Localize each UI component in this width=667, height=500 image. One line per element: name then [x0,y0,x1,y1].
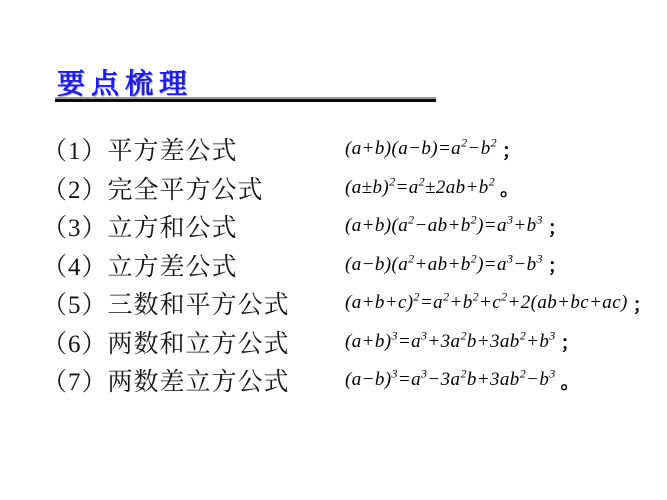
formula-row: （2）完全平方公式 (a±b)2=a2±2ab+b2 。 [42,169,661,208]
formula-punctuation: 。 [500,174,519,201]
page-title: 要点梳理 [57,62,193,102]
formula-punctuation: ； [633,290,652,317]
formula-math: (a−b)(a2+ab+b2)=a3−b3 [345,254,543,276]
formula-label: （7）两数差立方公式 [42,362,345,398]
formula-math: (a+b)3=a3+3a2b+3ab2+b3 [345,331,556,353]
title-underline [55,97,436,102]
formula-label: （1）平方差公式 [42,131,345,167]
formula-punctuation: ； [502,136,521,163]
formula-math: (a−b)3=a3−3a2b+3ab2−b3 [345,369,556,391]
formula-math: (a+b)(a−b)=a2−b2 [345,138,497,160]
formula-label: （2）完全平方公式 [42,170,345,206]
formula-punctuation: ； [548,251,567,278]
formula-row: （3）立方和公式 (a+b)(a2−ab+b2)=a3+b3 ； [42,207,661,246]
formula-row: （6）两数和立方公式 (a+b)3=a3+3a2b+3ab2+b3 ； [42,323,661,362]
title-underline-line [55,99,436,102]
slide: 要点梳理 （1）平方差公式 (a+b)(a−b)=a2−b2 ； （2）完全平方… [0,0,667,500]
formula-math: (a+b)(a2−ab+b2)=a3+b3 [345,215,543,237]
formula-label: （4）立方差公式 [42,247,345,283]
formula-row: （4）立方差公式 (a−b)(a2+ab+b2)=a3−b3 ； [42,246,661,285]
formula-label: （3）立方和公式 [42,208,345,244]
formula-punctuation: ； [548,213,567,240]
formula-row: （5）三数和平方公式 (a+b+c)2=a2+b2+c2+2(ab+bc+ac)… [42,284,661,323]
formula-list: （1）平方差公式 (a+b)(a−b)=a2−b2 ； （2）完全平方公式 (a… [42,130,661,400]
formula-punctuation: 。 [561,367,580,394]
formula-row: （7）两数差立方公式 (a−b)3=a3−3a2b+3ab2−b3 。 [42,361,661,400]
formula-label: （5）三数和平方公式 [42,285,345,321]
formula-label: （6）两数和立方公式 [42,324,345,360]
formula-math: (a±b)2=a2±2ab+b2 [345,177,495,199]
formula-row: （1）平方差公式 (a+b)(a−b)=a2−b2 ； [42,130,661,169]
formula-math: (a+b+c)2=a2+b2+c2+2(ab+bc+ac) [345,292,628,314]
formula-punctuation: ； [561,328,580,355]
